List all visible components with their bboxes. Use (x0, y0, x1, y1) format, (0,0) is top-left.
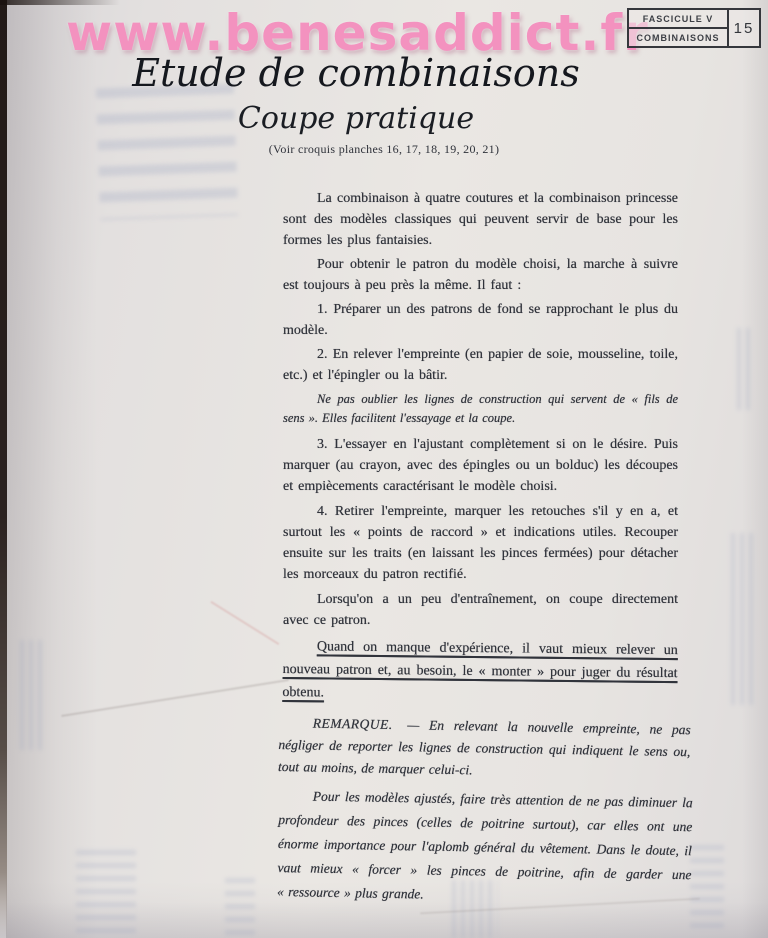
fascicule-label: FASCICULE V (629, 10, 727, 29)
paragraph-intro-1: La combinaison à quatre coutures et la c… (283, 188, 678, 251)
step-3: 3. L'essayer en l'ajustant complètement … (283, 434, 678, 497)
fascicule-box-left-cell: FASCICULE V COMBINAISONS (629, 10, 729, 46)
watermark-site-url: www.benesaddict.fr (66, 4, 649, 62)
step-4: 4. Retirer l'empreinte, marquer les reto… (283, 501, 678, 585)
collection-label: COMBINAISONS (629, 29, 727, 46)
step-1: 1. Préparer un des patrons de fond se ra… (283, 299, 678, 341)
page-number: 15 (729, 10, 759, 46)
croquis-note: (Voir croquis planches 16, 17, 18, 19, 2… (0, 142, 768, 157)
bleedthrough-pattern-line-red (211, 601, 280, 645)
paragraph-remarque: REMARQUE. — En relevant la nouvelle empr… (278, 712, 691, 785)
scanned-document-page: www.benesaddict.fr FASCICULE V COMBINAIS… (0, 0, 768, 938)
page-left-dark-edge (0, 0, 7, 938)
paragraph-underlined-advice: Quand on manque d'expérience, il vaut mi… (282, 635, 678, 708)
paragraph-pinces: Pour les modèles ajustés, faire très att… (277, 784, 693, 911)
note-fils-de-sens: Ne pas oublier les lignes de constructio… (283, 390, 678, 428)
paragraph-intro-2: Pour obtenir le patron du modèle choisi,… (283, 254, 678, 296)
fascicule-box: FASCICULE V COMBINAISONS 15 (627, 8, 761, 48)
gutter-shadow (6, 0, 98, 938)
step-2: 2. En relever l'empreinte (en papier de … (283, 344, 678, 386)
paragraph-entrainement: Lorsqu'on a un peu d'entraînement, on co… (283, 589, 678, 631)
body-text-column: La combinaison à quatre coutures et la c… (283, 188, 678, 907)
remarque-label: REMARQUE. (313, 716, 393, 732)
page-subtitle: Coupe pratique (0, 100, 712, 138)
right-edge-vignette (742, 0, 768, 938)
